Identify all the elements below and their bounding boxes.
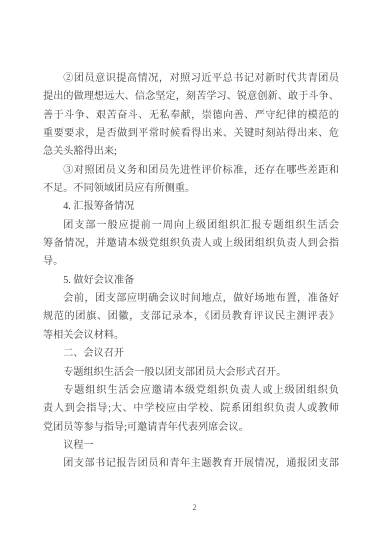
text-line: 提出的做理想远大、信念坚定，刻苦学习、锐意创新、敢于斗争、 — [43, 88, 339, 106]
text-line: 二、会议召开 — [43, 345, 339, 363]
text-line: 议程一 — [43, 437, 339, 455]
body-text: ②团员意识提高情况，对照习近平总书记对新时代共青团员提出的做理想远大、信念坚定，… — [43, 70, 339, 474]
text-line: 责人到会指导;大、中学校应由学校、院系团组织负责人或教师 — [43, 400, 339, 418]
text-line: 急关头豁得出来; — [43, 143, 339, 161]
text-line: 4. 汇报筹备情况 — [43, 198, 339, 216]
text-line: 党团员等参与指导;可邀请青年代表列席会议。 — [43, 419, 339, 437]
text-line: 团支部一般应提前一周向上级团组织汇报专题组织生活会 — [43, 217, 339, 235]
text-line: 筹备情况，并邀请本级党组织负责人或上级团组织负责人到会指 — [43, 235, 339, 253]
text-line: ②团员意识提高情况，对照习近平总书记对新时代共青团员 — [43, 70, 339, 88]
text-line: 5. 做好会议准备 — [43, 272, 339, 290]
text-line: 等相关会议材料。 — [43, 327, 339, 345]
text-line: 专题组织生活会一般以团支部团员大会形式召开。 — [43, 364, 339, 382]
text-line: 导。 — [43, 253, 339, 271]
text-line: 规范的团旗、团徽，支部记录本，《团员教育评议民主测评表》 — [43, 308, 339, 326]
text-line: 会前，团支部应明确会议时间地点，做好场地布置，准备好 — [43, 290, 339, 308]
document-page: ②团员意识提高情况，对照习近平总书记对新时代共青团员提出的做理想远大、信念坚定，… — [0, 0, 389, 550]
text-line: ③对照团员义务和团员先进性评价标准，还存在哪些差距和 — [43, 162, 339, 180]
text-line: 善于斗争、艰苦奋斗、无私奉献，崇德向善、严守纪律的模范的 — [43, 107, 339, 125]
page-number: 2 — [0, 503, 389, 513]
text-line: 专题组织生活会应邀请本级党组织负责人或上级团组织负 — [43, 382, 339, 400]
text-line: 团支部书记报告团员和青年主题教育开展情况，通报团支部 — [43, 455, 339, 473]
text-line: 重要要求，是否做到平常时候看得出来、关键时刻站得出来、危 — [43, 125, 339, 143]
text-line: 不足。不同领域团员应有所侧重。 — [43, 180, 339, 198]
